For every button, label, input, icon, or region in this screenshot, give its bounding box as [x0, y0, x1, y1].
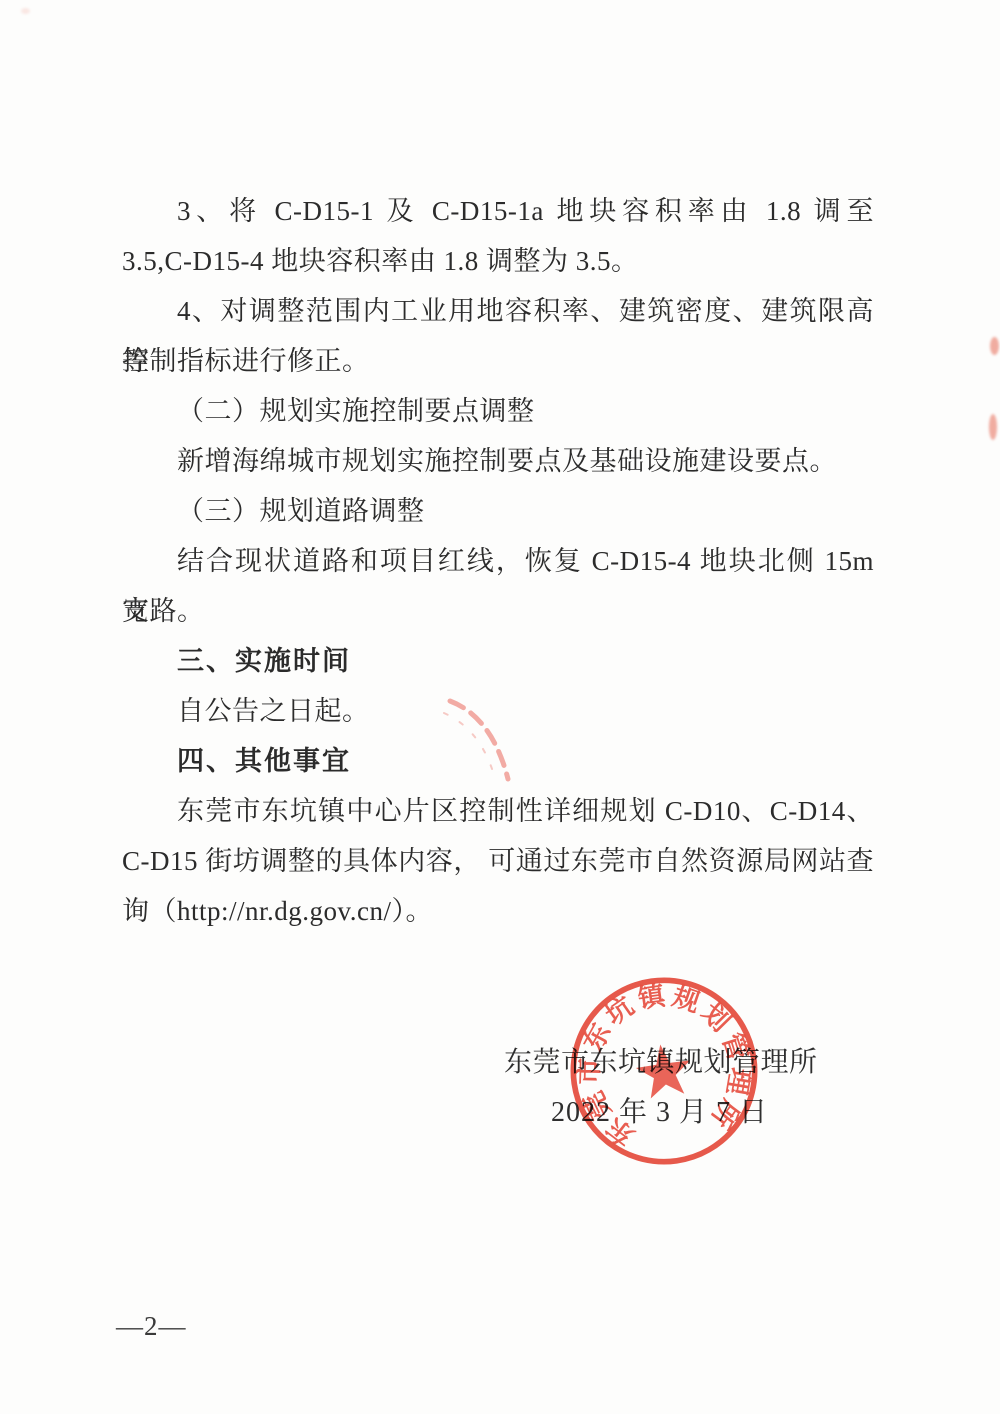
- text-line: 四、其他事宜: [122, 736, 874, 786]
- red-edge-mark: [21, 8, 30, 14]
- text-line: 4、对调整范围内工业用地容积率、建筑密度、建筑限高等: [122, 286, 874, 336]
- text-line: 新增海绵城市规划实施控制要点及基础设施建设要点。: [122, 436, 874, 486]
- text-line: 支路。: [122, 586, 874, 636]
- text-line: C-D15 街坊调整的具体内容， 可通过东莞市自然资源局网站查: [122, 836, 874, 886]
- text-line: （二）规划实施控制要点调整: [122, 386, 874, 436]
- body-text-block: 3、将 C-D15-1 及 C-D15-1a 地块容积率由 1.8 调至3.5,…: [122, 186, 874, 936]
- red-edge-mark: [990, 337, 999, 355]
- text-line: 3、将 C-D15-1 及 C-D15-1a 地块容积率由 1.8 调至: [122, 186, 874, 236]
- text-line: 3.5,C-D15-4 地块容积率由 1.8 调整为 3.5。: [122, 236, 874, 286]
- text-line: 三、实施时间: [122, 636, 874, 686]
- red-edge-mark: [989, 414, 997, 440]
- signature-organization: 东莞市东坑镇规划管理所: [504, 1038, 818, 1088]
- text-line: （三）规划道路调整: [122, 486, 874, 536]
- text-line: 结合现状道路和项目红线，恢复 C-D15-4 地块北侧 15m 宽: [122, 536, 874, 586]
- page-number: —2—: [116, 1306, 187, 1346]
- signature-date: 2022 年 3 月 7 日: [551, 1088, 768, 1138]
- text-line: 自公告之日起。: [122, 686, 874, 736]
- text-line: 控制指标进行修正。: [122, 336, 874, 386]
- text-line: 询（http://nr.dg.gov.cn/）。: [122, 886, 874, 936]
- document-page: 3、将 C-D15-1 及 C-D15-1a 地块容积率由 1.8 调至3.5,…: [0, 0, 1000, 1414]
- text-line: 东莞市东坑镇中心片区控制性详细规划 C-D10、C-D14、: [122, 786, 874, 836]
